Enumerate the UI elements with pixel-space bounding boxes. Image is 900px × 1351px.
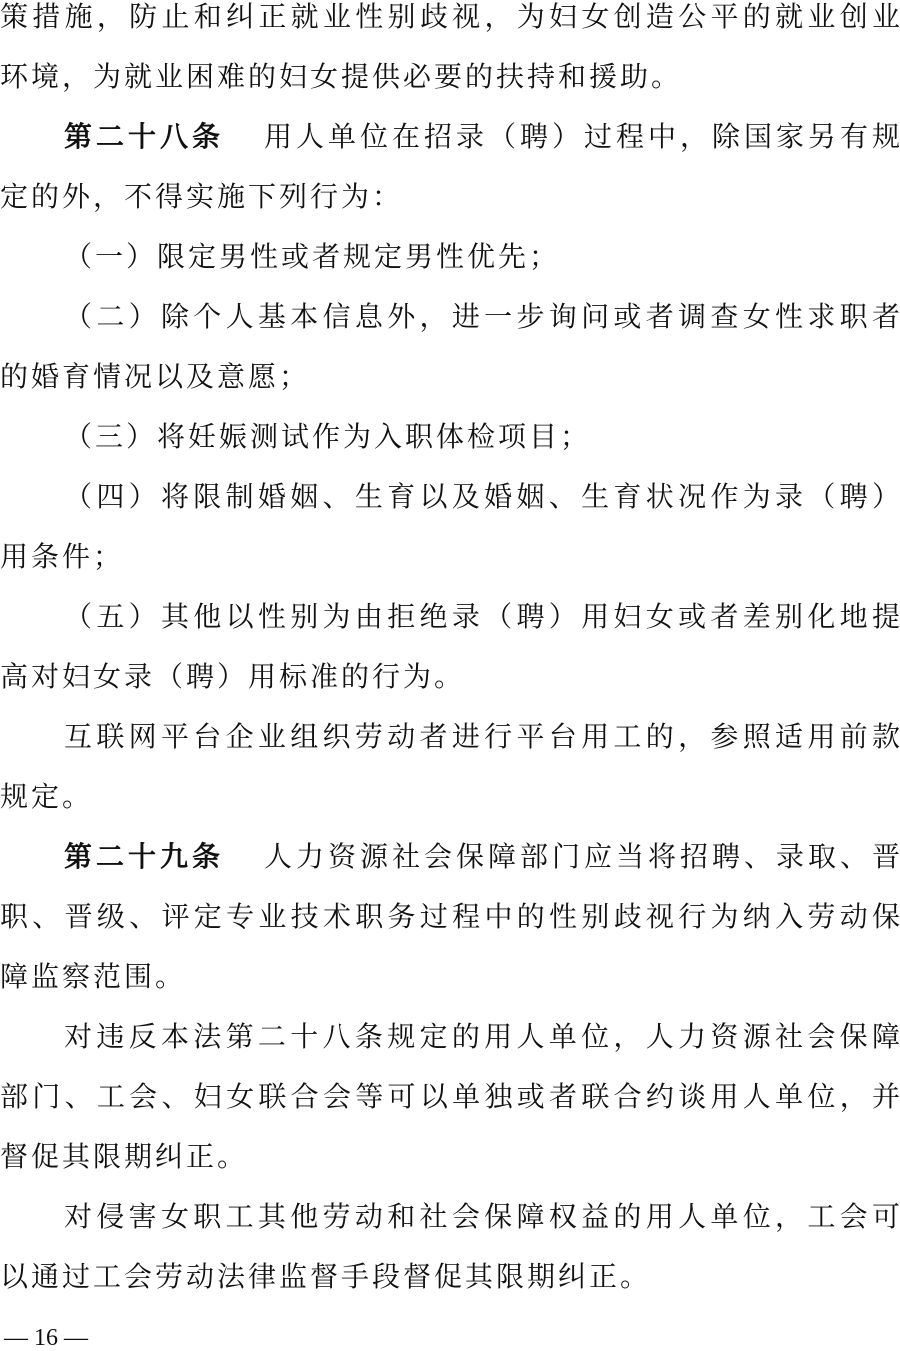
text-line: 定的外，不得实施下列行为： — [0, 177, 900, 217]
text-line: 职、晋级、评定专业技术职务过程中的性别歧视行为纳入劳动保 — [0, 897, 900, 937]
list-item-3: （三）将妊娠测试作为入职体检项目； — [64, 417, 900, 457]
text-line: 环境，为就业困难的妇女提供必要的扶持和援助。 — [0, 57, 900, 97]
list-item-2: （二）除个人基本信息外，进一步询问或者调查女性求职者 — [64, 297, 900, 337]
article-28-paragraph: 第二十八条用人单位在招录（聘）过程中，除国家另有规 — [64, 117, 900, 157]
paragraph-violation: 对违反本法第二十八条规定的用人单位，人力资源社会保障 — [64, 1017, 900, 1057]
list-item-4: （四）将限制婚姻、生育以及婚姻、生育状况作为录（聘） — [64, 477, 900, 517]
text-line: 策措施，防止和纠正就业性别歧视，为妇女创造公平的就业创业 — [0, 0, 900, 37]
page-number: — 16 — — [4, 1322, 88, 1351]
list-item-1: （一）限定男性或者规定男性优先； — [64, 237, 900, 277]
text-line: 障监察范围。 — [0, 957, 900, 997]
text-line: 高对妇女录（聘）用标准的行为。 — [0, 657, 900, 697]
paragraph-union: 对侵害女职工其他劳动和社会保障权益的用人单位，工会可 — [64, 1197, 900, 1237]
text-line: 部门、工会、妇女联合会等可以单独或者联合约谈用人单位，并 — [0, 1077, 900, 1117]
text-line: 用条件； — [0, 537, 900, 577]
text-line: 规定。 — [0, 777, 900, 817]
text-segment: 人力资源社会保障部门应当将招聘、录取、晋 — [260, 840, 900, 873]
article-29-heading: 第二十九条 — [64, 840, 224, 873]
article-28-heading: 第二十八条 — [64, 120, 224, 153]
text-line: 督促其限期纠正。 — [0, 1137, 900, 1177]
list-item-5: （五）其他以性别为由拒绝录（聘）用妇女或者差别化地提 — [64, 597, 900, 637]
text-line: 的婚育情况以及意愿； — [0, 357, 900, 397]
text-segment: 用人单位在招录（聘）过程中，除国家另有规 — [260, 120, 900, 153]
paragraph-platform: 互联网平台企业组织劳动者进行平台用工的，参照适用前款 — [64, 717, 900, 757]
text-line: 以通过工会劳动法律监督手段督促其限期纠正。 — [0, 1257, 900, 1297]
article-29-paragraph: 第二十九条人力资源社会保障部门应当将招聘、录取、晋 — [64, 837, 900, 877]
document-page: 策措施，防止和纠正就业性别歧视，为妇女创造公平的就业创业 环境，为就业困难的妇女… — [0, 0, 900, 1351]
